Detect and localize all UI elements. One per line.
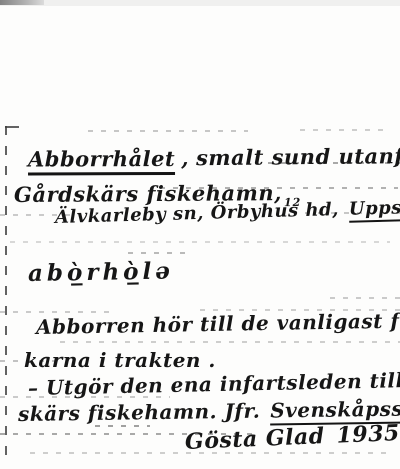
signature-line: Gösta Glad1935 bbox=[184, 420, 400, 455]
record-year: 1935 bbox=[336, 420, 400, 449]
scan-edge-band bbox=[0, 0, 400, 6]
scan-artifact-line bbox=[10, 241, 390, 243]
scan-artifact-line bbox=[88, 130, 248, 132]
headword-line: Abborrhålet,smalt sund utanför bbox=[28, 143, 400, 176]
county-abbreviation: Upps. l. bbox=[349, 197, 400, 223]
headword-separator: , bbox=[181, 145, 189, 170]
scan-artifact-line bbox=[300, 129, 390, 131]
scan-artifact-line bbox=[95, 425, 150, 427]
headword-gloss: smalt sund utanför bbox=[196, 143, 400, 170]
scan-artifact-line bbox=[0, 311, 110, 313]
card-corner-mark bbox=[5, 126, 19, 128]
scan-artifact-line bbox=[128, 252, 188, 254]
phonetic-transcription: abò̲rhò̲lə bbox=[28, 257, 174, 287]
note-line-2: karna i trakten . bbox=[24, 348, 216, 372]
headword: Abborrhålet bbox=[28, 146, 175, 176]
scanned-card: Abborrhålet,smalt sund utanför Gårdskärs… bbox=[0, 0, 400, 469]
note-line-4-text: skärs fiskehamn. Jfr. bbox=[18, 399, 261, 426]
scan-artifact-line bbox=[60, 341, 400, 343]
scan-artifact-line bbox=[330, 297, 400, 299]
scan-edge-smudge bbox=[0, 0, 44, 5]
card-left-edge bbox=[5, 126, 7, 464]
collector-name: Gösta Glad bbox=[184, 423, 325, 455]
